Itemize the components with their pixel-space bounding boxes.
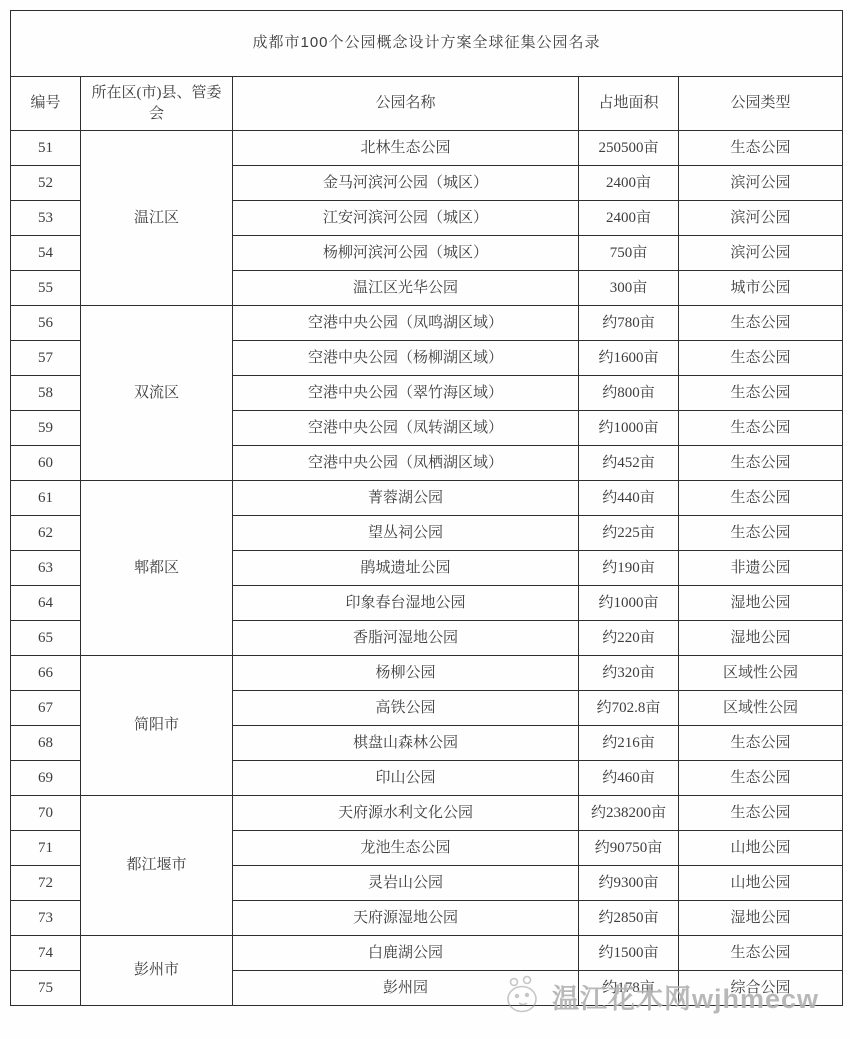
- row-number-cell: 56: [11, 306, 81, 341]
- park-type-cell: 滨河公园: [679, 201, 843, 236]
- area-cell: 约1000亩: [579, 586, 679, 621]
- row-number-cell: 57: [11, 341, 81, 376]
- area-cell: 约780亩: [579, 306, 679, 341]
- row-number-cell: 72: [11, 866, 81, 901]
- district-cell: 温江区: [81, 131, 233, 306]
- park-name-cell: 杨柳公园: [233, 656, 579, 691]
- park-name-cell: 棋盘山森林公园: [233, 726, 579, 761]
- park-name-cell: 香脂河湿地公园: [233, 621, 579, 656]
- area-cell: 约9300亩: [579, 866, 679, 901]
- park-type-cell: 生态公园: [679, 446, 843, 481]
- area-cell: 约190亩: [579, 551, 679, 586]
- row-number-cell: 66: [11, 656, 81, 691]
- column-header-type: 公园类型: [679, 77, 843, 131]
- park-type-cell: 生态公园: [679, 131, 843, 166]
- park-type-cell: 湿地公园: [679, 901, 843, 936]
- park-type-cell: 生态公园: [679, 761, 843, 796]
- area-cell: 约238200亩: [579, 796, 679, 831]
- area-cell: 约460亩: [579, 761, 679, 796]
- row-number-cell: 55: [11, 271, 81, 306]
- park-name-cell: 空港中央公园（凤栖湖区域）: [233, 446, 579, 481]
- table-row: 66 简阳市 杨柳公园 约320亩 区域性公园: [11, 656, 843, 691]
- park-name-cell: 空港中央公园（翠竹海区域）: [233, 376, 579, 411]
- area-cell: 约225亩: [579, 516, 679, 551]
- row-number-cell: 69: [11, 761, 81, 796]
- row-number-cell: 65: [11, 621, 81, 656]
- park-type-cell: 山地公园: [679, 866, 843, 901]
- row-number-cell: 53: [11, 201, 81, 236]
- area-cell: 约178亩: [579, 971, 679, 1006]
- area-cell: 300亩: [579, 271, 679, 306]
- document-page: 成都市100个公园概念设计方案全球征集公园名录 编号 所在区(市)县、管委会 公…: [0, 0, 850, 1039]
- park-type-cell: 生态公园: [679, 516, 843, 551]
- park-type-cell: 综合公园: [679, 971, 843, 1006]
- park-name-cell: 江安河滨河公园（城区）: [233, 201, 579, 236]
- column-header-district: 所在区(市)县、管委会: [81, 77, 233, 131]
- park-type-cell: 区域性公园: [679, 656, 843, 691]
- park-name-cell: 灵岩山公园: [233, 866, 579, 901]
- row-number-cell: 61: [11, 481, 81, 516]
- column-header-id: 编号: [11, 77, 81, 131]
- park-name-cell: 空港中央公园（杨柳湖区域）: [233, 341, 579, 376]
- row-number-cell: 60: [11, 446, 81, 481]
- park-type-cell: 生态公园: [679, 796, 843, 831]
- area-cell: 约2850亩: [579, 901, 679, 936]
- title-row: 成都市100个公园概念设计方案全球征集公园名录: [11, 11, 843, 77]
- area-cell: 约452亩: [579, 446, 679, 481]
- park-type-cell: 生态公园: [679, 481, 843, 516]
- park-name-cell: 高铁公园: [233, 691, 579, 726]
- table-row: 70 都江堰市 天府源水利文化公园 约238200亩 生态公园: [11, 796, 843, 831]
- park-type-cell: 区域性公园: [679, 691, 843, 726]
- page-title: 成都市100个公园概念设计方案全球征集公园名录: [11, 11, 843, 77]
- park-name-cell: 空港中央公园（凤转湖区域）: [233, 411, 579, 446]
- park-type-cell: 生态公园: [679, 411, 843, 446]
- district-cell: 都江堰市: [81, 796, 233, 936]
- row-number-cell: 58: [11, 376, 81, 411]
- row-number-cell: 63: [11, 551, 81, 586]
- column-header-name: 公园名称: [233, 77, 579, 131]
- row-number-cell: 70: [11, 796, 81, 831]
- area-cell: 约216亩: [579, 726, 679, 761]
- area-cell: 约1000亩: [579, 411, 679, 446]
- park-name-cell: 印象春台湿地公园: [233, 586, 579, 621]
- park-name-cell: 天府源水利文化公园: [233, 796, 579, 831]
- row-number-cell: 52: [11, 166, 81, 201]
- district-cell: 郫都区: [81, 481, 233, 656]
- area-cell: 750亩: [579, 236, 679, 271]
- park-type-cell: 生态公园: [679, 341, 843, 376]
- park-type-cell: 山地公园: [679, 831, 843, 866]
- park-name-cell: 彭州园: [233, 971, 579, 1006]
- park-name-cell: 鹃城遗址公园: [233, 551, 579, 586]
- park-type-cell: 生态公园: [679, 936, 843, 971]
- park-name-cell: 天府源湿地公园: [233, 901, 579, 936]
- row-number-cell: 62: [11, 516, 81, 551]
- area-cell: 250500亩: [579, 131, 679, 166]
- park-type-cell: 滨河公园: [679, 166, 843, 201]
- area-cell: 2400亩: [579, 201, 679, 236]
- table-row: 56 双流区 空港中央公园（凤鸣湖区域） 约780亩 生态公园: [11, 306, 843, 341]
- area-cell: 约800亩: [579, 376, 679, 411]
- row-number-cell: 74: [11, 936, 81, 971]
- area-cell: 约702.8亩: [579, 691, 679, 726]
- row-number-cell: 71: [11, 831, 81, 866]
- table-row: 51 温江区 北林生态公园 250500亩 生态公园: [11, 131, 843, 166]
- district-cell: 简阳市: [81, 656, 233, 796]
- area-cell: 约90750亩: [579, 831, 679, 866]
- district-cell: 彭州市: [81, 936, 233, 1006]
- park-type-cell: 生态公园: [679, 306, 843, 341]
- park-type-cell: 城市公园: [679, 271, 843, 306]
- park-name-cell: 北林生态公园: [233, 131, 579, 166]
- park-type-cell: 非遗公园: [679, 551, 843, 586]
- row-number-cell: 75: [11, 971, 81, 1006]
- area-cell: 约220亩: [579, 621, 679, 656]
- park-name-cell: 温江区光华公园: [233, 271, 579, 306]
- park-type-cell: 湿地公园: [679, 621, 843, 656]
- park-name-cell: 空港中央公园（凤鸣湖区域）: [233, 306, 579, 341]
- row-number-cell: 59: [11, 411, 81, 446]
- row-number-cell: 73: [11, 901, 81, 936]
- park-name-cell: 白鹿湖公园: [233, 936, 579, 971]
- area-cell: 约1600亩: [579, 341, 679, 376]
- park-type-cell: 滨河公园: [679, 236, 843, 271]
- table-header-row: 编号 所在区(市)县、管委会 公园名称 占地面积 公园类型: [11, 77, 843, 131]
- row-number-cell: 54: [11, 236, 81, 271]
- area-cell: 约440亩: [579, 481, 679, 516]
- park-directory-table: 成都市100个公园概念设计方案全球征集公园名录 编号 所在区(市)县、管委会 公…: [10, 10, 843, 1006]
- park-type-cell: 生态公园: [679, 376, 843, 411]
- park-name-cell: 龙池生态公园: [233, 831, 579, 866]
- park-name-cell: 望丛祠公园: [233, 516, 579, 551]
- row-number-cell: 67: [11, 691, 81, 726]
- district-cell: 双流区: [81, 306, 233, 481]
- column-header-area: 占地面积: [579, 77, 679, 131]
- area-cell: 约320亩: [579, 656, 679, 691]
- park-name-cell: 菁蓉湖公园: [233, 481, 579, 516]
- park-type-cell: 生态公园: [679, 726, 843, 761]
- park-type-cell: 湿地公园: [679, 586, 843, 621]
- area-cell: 2400亩: [579, 166, 679, 201]
- table-row: 61 郫都区 菁蓉湖公园 约440亩 生态公园: [11, 481, 843, 516]
- row-number-cell: 51: [11, 131, 81, 166]
- table-row: 74 彭州市 白鹿湖公园 约1500亩 生态公园: [11, 936, 843, 971]
- park-name-cell: 金马河滨河公园（城区）: [233, 166, 579, 201]
- row-number-cell: 68: [11, 726, 81, 761]
- area-cell: 约1500亩: [579, 936, 679, 971]
- park-name-cell: 印山公园: [233, 761, 579, 796]
- park-name-cell: 杨柳河滨河公园（城区）: [233, 236, 579, 271]
- row-number-cell: 64: [11, 586, 81, 621]
